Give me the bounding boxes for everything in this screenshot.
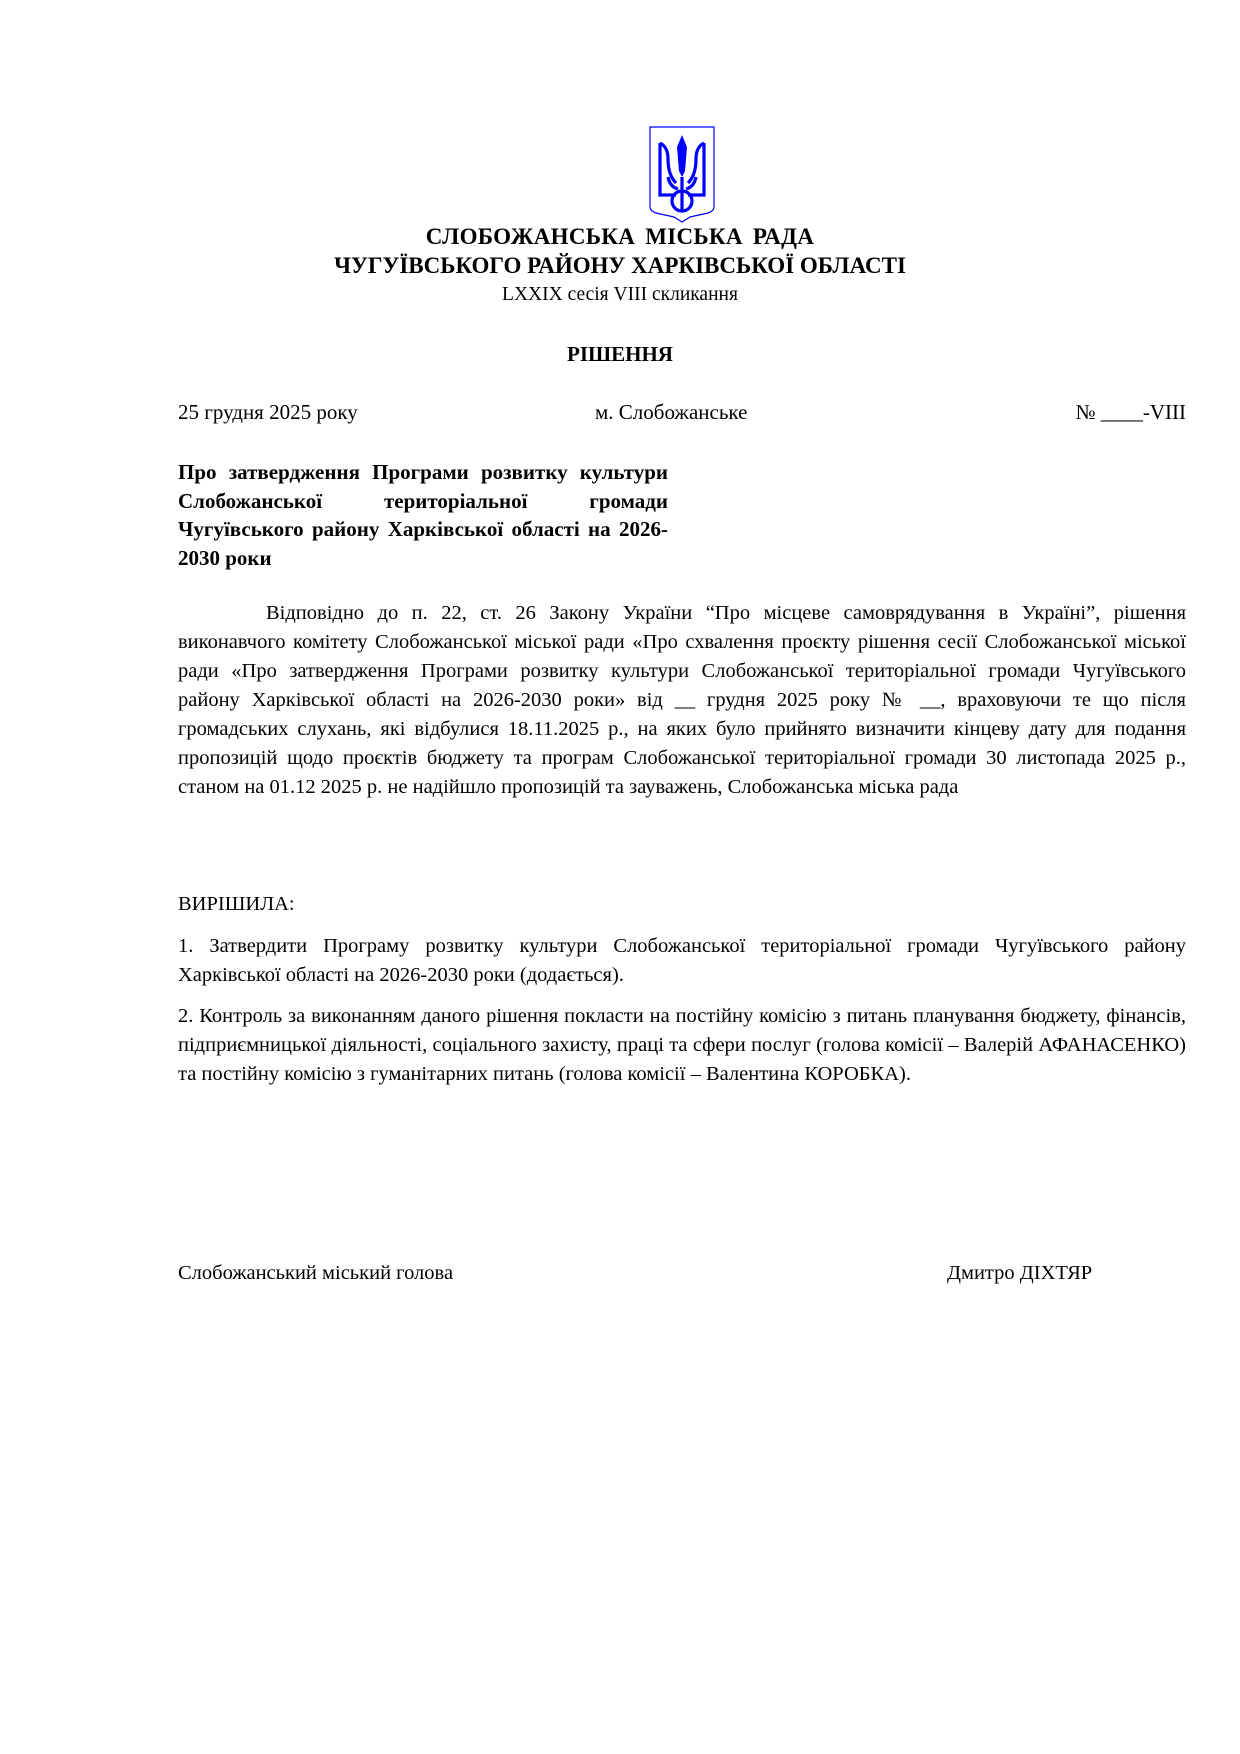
signatory-title: Слобожанський міський голова bbox=[178, 1262, 453, 1285]
preamble-paragraph: Відповідно до п. 22, ст. 26 Закону Украї… bbox=[178, 599, 1186, 802]
signature-block: Слобожанський міський голова Дмитро ДІХТ… bbox=[178, 1262, 1186, 1292]
district-name: ЧУГУЇВСЬКОГО РАЙОНУ ХАРКІВСЬКОЇ ОБЛАСТІ bbox=[0, 253, 1240, 279]
resolution-item-2: 2. Контроль за виконанням даного рішення… bbox=[178, 1002, 1186, 1089]
document-meta-row: 25 грудня 2025 року м. Слобожанське № __… bbox=[178, 400, 1186, 428]
session-label: LXXIX сесія VIII скликання bbox=[0, 284, 1240, 306]
decision-title: РІШЕННЯ bbox=[0, 342, 1240, 367]
council-name: СЛОБОЖАНСЬКА МІСЬКА РАДА bbox=[0, 224, 1240, 250]
decision-place: м. Слобожанське bbox=[595, 400, 747, 425]
decision-date: 25 грудня 2025 року bbox=[178, 400, 358, 425]
resolution-item-1: 1. Затвердити Програму розвитку культури… bbox=[178, 932, 1186, 990]
signatory-name: Дмитро ДІХТЯР bbox=[947, 1262, 1092, 1285]
resolved-label: ВИРІШИЛА: bbox=[178, 893, 295, 916]
document-page: СЛОБОЖАНСЬКА МІСЬКА РАДА ЧУГУЇВСЬКОГО РА… bbox=[0, 0, 1240, 1754]
decision-subject: Про затвердження Програми розвитку культ… bbox=[178, 458, 668, 572]
coat-of-arms-icon bbox=[648, 125, 716, 223]
decision-number: № ____-VIII bbox=[1076, 400, 1186, 425]
